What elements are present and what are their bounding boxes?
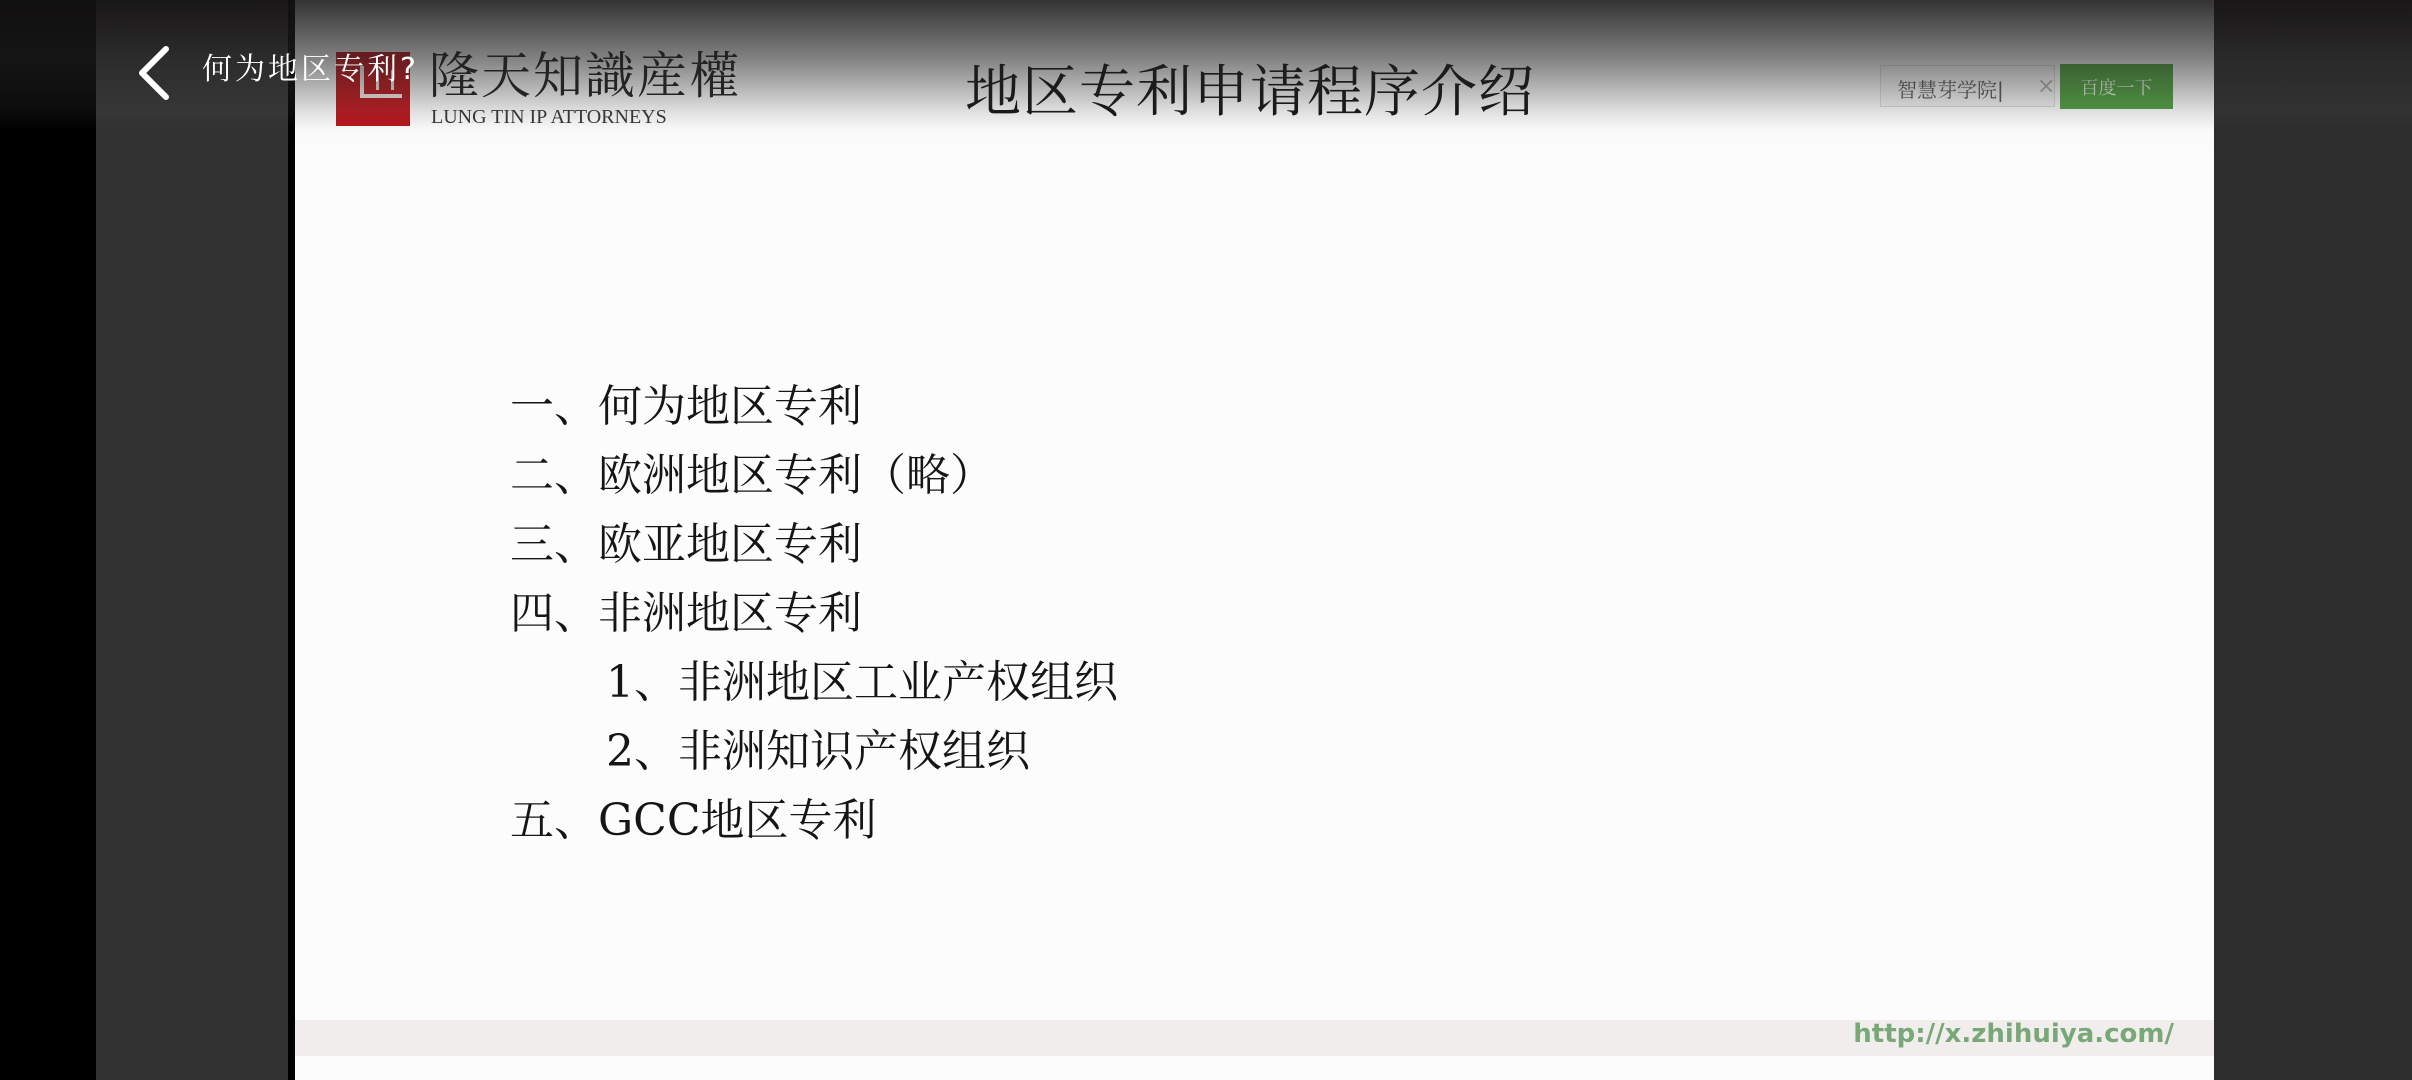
outline-item: 四、非洲地区专利 [510, 579, 1118, 648]
video-frame-slide[interactable]: 隆天知識産權 LUNG TIN IP ATTORNEYS 地区专利申请程序介绍 … [295, 0, 2214, 1080]
logo-name-cn: 隆天知識産權 [429, 46, 741, 106]
search-button-image: 百度一下 [2060, 64, 2173, 109]
back-button[interactable] [120, 40, 176, 104]
logo-name-en: LUNG TIN IP ATTORNEYS [431, 106, 667, 129]
letterbox-left [96, 0, 288, 1080]
close-icon: × [2037, 74, 2055, 99]
chevron-left-icon [126, 41, 182, 105]
search-input-image: 智慧芽学院| [1880, 65, 2055, 107]
outline-item: 二、欧洲地区专利（略） [510, 441, 1118, 510]
slide-title: 地区专利申请程序介绍 [965, 58, 1535, 128]
outline-list: 一、何为地区专利 二、欧洲地区专利（略） 三、欧亚地区专利 四、非洲地区专利 1… [510, 372, 1118, 855]
outline-item: 五、GCC地区专利 [510, 786, 1118, 855]
outline-subitem: 1、非洲地区工业产权组织 [510, 648, 1118, 717]
outline-subitem: 2、非洲知识产权组织 [510, 717, 1118, 786]
search-button-label: 百度一下 [2081, 74, 2153, 100]
letterbox-right [2214, 0, 2412, 1080]
outline-item: 三、欧亚地区专利 [510, 510, 1118, 579]
search-text: 智慧芽学院| [1897, 74, 2004, 103]
video-title: 何为地区专利? [202, 50, 419, 90]
outline-item: 一、何为地区专利 [510, 372, 1118, 441]
footer-url: http://x.zhihuiya.com/ [1853, 1019, 2174, 1049]
